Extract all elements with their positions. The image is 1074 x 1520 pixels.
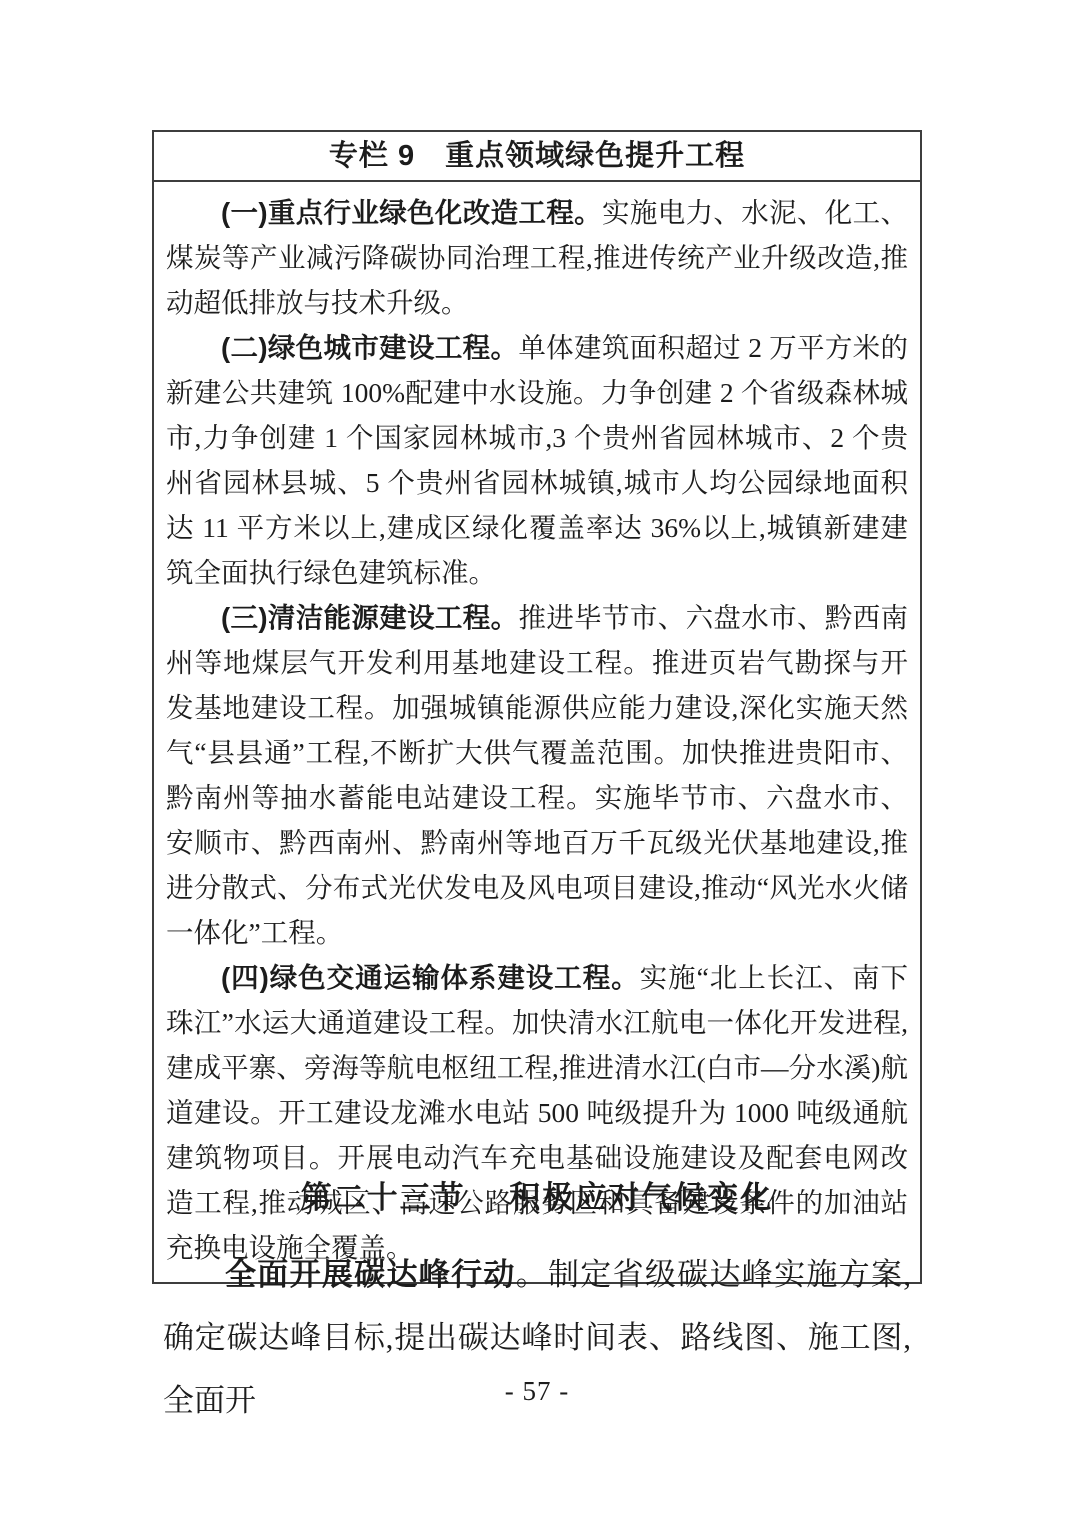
feature-box-title: 专栏 9 重点领域绿色提升工程 [154,132,920,182]
box-paragraph-2: (二)绿色城市建设工程。单体建筑面积超过 2 万平方米的新建公共建筑 100%配… [166,325,908,595]
box-paragraph-3: (三)清洁能源建设工程。推进毕节市、六盘水市、黔西南州等地煤层气开发利用基地建设… [166,595,908,955]
page-number: - 57 - [0,1376,1074,1407]
box-paragraph-4: (四)绿色交通运输体系建设工程。实施“北上长江、南下珠江”水运大通道建设工程。加… [166,955,908,1270]
box-paragraph-1: (一)重点行业绿色化改造工程。实施电力、水泥、化工、煤炭等产业减污降碳协同治理工… [166,190,908,325]
box-paragraph-3-text: 推进毕节市、六盘水市、黔西南州等地煤层气开发利用基地建设工程。推进页岩气勘探与开… [166,602,908,948]
feature-box: 专栏 9 重点领域绿色提升工程 (一)重点行业绿色化改造工程。实施电力、水泥、化… [152,130,922,1284]
box-paragraph-2-text: 单体建筑面积超过 2 万平方米的新建公共建筑 100%配建中水设施。力争创建 2… [166,332,908,588]
box-paragraph-3-lead: (三)清洁能源建设工程。 [221,602,518,633]
body-paragraph-lead: 全面开展碳达峰行动 [225,1257,516,1292]
box-paragraph-4-text: 实施“北上长江、南下珠江”水运大通道建设工程。加快清水江航电一体化开发进程,建成… [166,962,908,1263]
box-paragraph-4-lead: (四)绿色交通运输体系建设工程。 [221,962,640,993]
feature-box-body: (一)重点行业绿色化改造工程。实施电力、水泥、化工、煤炭等产业减污降碳协同治理工… [154,182,920,1282]
box-paragraph-2-lead: (二)绿色城市建设工程。 [221,332,518,363]
document-page: 专栏 9 重点领域绿色提升工程 (一)重点行业绿色化改造工程。实施电力、水泥、化… [0,0,1074,1520]
section-heading: 第二十三节 积极应对气候变化 [0,1172,1074,1217]
box-paragraph-1-lead: (一)重点行业绿色化改造工程。 [221,197,602,228]
